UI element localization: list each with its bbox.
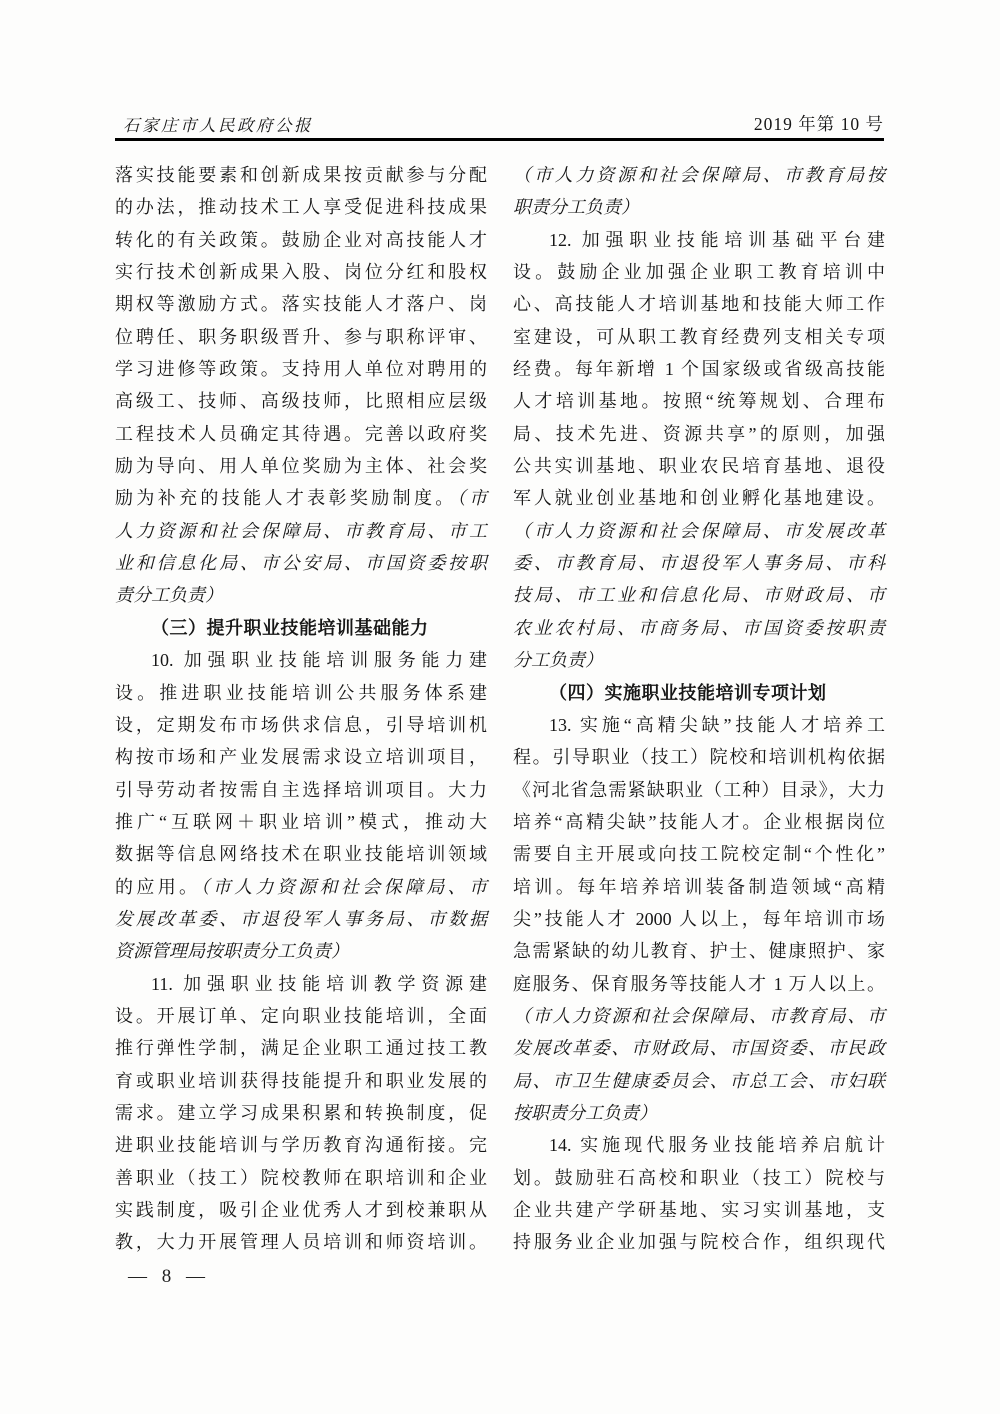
text-line: 进职业技能培训与学历教育沟通衔接。完 bbox=[115, 1129, 487, 1161]
text-segment: 育或职业培训获得技能提升和职业发展的 bbox=[115, 1071, 487, 1091]
text-line: 需求。建立学习成果积累和转换制度，促 bbox=[115, 1097, 487, 1129]
text-segment: 工程技术人员确定其待遇。完善以政府奖 bbox=[115, 424, 487, 444]
text-line: 构按市场和产业发展需求设立培训项目， bbox=[115, 741, 487, 773]
text-segment: 心、高技能人才培训基地和技能大师工作 bbox=[513, 294, 885, 314]
page-number: — 8 — bbox=[128, 1261, 205, 1293]
text-line: 善职业（技工）院校教师在职培训和企业 bbox=[115, 1162, 487, 1194]
text-line: 业和信息化局、市公安局、市国资委按职 bbox=[115, 547, 487, 579]
text-segment: 14. 实施现代服务业技能培养启航计 bbox=[549, 1135, 885, 1155]
text-segment: 11. 加强职业技能培训教学资源建 bbox=[151, 974, 487, 994]
text-segment: 急需紧缺的幼儿教育、护士、健康照护、家 bbox=[513, 941, 885, 961]
text-line: （市人力资源和社会保障局、市教育局、市 bbox=[513, 1000, 885, 1032]
text-line: 持服务业企业加强与院校合作，组织现代 bbox=[513, 1226, 885, 1258]
text-segment: 落实技能要素和创新成果按贡献参与分配 bbox=[115, 165, 487, 185]
text-segment: 业和信息化局、市公安局、市国资委按职 bbox=[115, 553, 487, 573]
text-segment: 构按市场和产业发展需求设立培训项目， bbox=[115, 747, 487, 767]
text-line: 公共实训基地、职业农民培育基地、退役 bbox=[513, 450, 885, 482]
text-segment: 局、市卫生健康委员会、市总工会、市妇联 bbox=[513, 1071, 885, 1091]
text-segment: 持服务业企业加强与院校合作，组织现代 bbox=[513, 1232, 885, 1252]
text-segment: 需要自主开展或向技工院校定制“个性化” bbox=[513, 844, 885, 864]
text-line: 教，大力开展管理人员培训和师资培训。 bbox=[115, 1226, 487, 1258]
page-header: 石家庄市人民政府公报 2019 年第 10 号 bbox=[115, 110, 884, 136]
text-segment: 位聘任、职务职级晋升、参与职称评审、 bbox=[115, 327, 487, 347]
text-segment: 数据等信息网络技术在职业技能培训领域 bbox=[115, 844, 487, 864]
text-segment: 的办法，推动技术工人享受促进科技成果 bbox=[115, 197, 487, 217]
text-segment: （市人力资源和社会保障局、市教育局、市 bbox=[513, 1006, 885, 1026]
text-segment: 设。鼓励企业加强企业职工教育培训中 bbox=[513, 262, 885, 282]
text-segment: 培养“高精尖缺”技能人才。企业根据岗位 bbox=[513, 812, 885, 832]
text-segment: 责分工负责） bbox=[115, 585, 223, 605]
text-line: 程。引导职业（技工）院校和培训机构依据 bbox=[513, 741, 885, 773]
text-line: 14. 实施现代服务业技能培养启航计 bbox=[513, 1129, 885, 1161]
text-line: 数据等信息网络技术在职业技能培训领域 bbox=[115, 838, 487, 870]
text-segment: 经费。每年新增 1 个国家级或省级高技能 bbox=[513, 359, 885, 379]
text-segment: 按职责分工负责） bbox=[513, 1103, 657, 1123]
text-line: 尖”技能人才 2000 人以上，每年培训市场 bbox=[513, 903, 885, 935]
text-line: 13. 实施“高精尖缺”技能人才培养工 bbox=[513, 709, 885, 741]
text-line: 培训。每年培养培训装备制造领域“高精 bbox=[513, 871, 885, 903]
text-segment: 农业农村局、市商务局、市国资委按职责 bbox=[513, 618, 885, 638]
text-line: （市人力资源和社会保障局、市教育局按 bbox=[513, 159, 885, 191]
text-segment: 励为导向、用人单位奖励为主体、社会奖 bbox=[115, 456, 487, 476]
text-segment: 技局、市工业和信息化局、市财政局、市 bbox=[513, 585, 885, 605]
text-line: 转化的有关政策。鼓励企业对高技能人才 bbox=[115, 224, 487, 256]
text-line: 设，定期发布市场供求信息，引导培训机 bbox=[115, 709, 487, 741]
text-line: 实行技术创新成果入股、岗位分红和股权 bbox=[115, 256, 487, 288]
text-segment: 分工负责） bbox=[513, 650, 603, 670]
text-segment: 尖”技能人才 2000 人以上，每年培训市场 bbox=[513, 909, 885, 929]
text-segment: 资源管理局按职责分工负责） bbox=[115, 941, 349, 961]
text-segment: 职责分工负责） bbox=[513, 197, 639, 217]
text-line: 学习进修等政策。支持用人单位对聘用的 bbox=[115, 353, 487, 385]
text-line: 高级工、技师、高级技师，比照相应层级 bbox=[115, 385, 487, 417]
text-line: 职责分工负责） bbox=[513, 191, 885, 223]
text-segment: 学习进修等政策。支持用人单位对聘用的 bbox=[115, 359, 487, 379]
text-segment: （市人力资源和社会保障局、市发展改革 bbox=[513, 521, 885, 541]
text-line: 设。开展订单、定向职业技能培训，全面 bbox=[115, 1000, 487, 1032]
text-line: 心、高技能人才培训基地和技能大师工作 bbox=[513, 288, 885, 320]
text-line: 发展改革委、市退役军人事务局、市数据 bbox=[115, 903, 487, 935]
text-line: （市人力资源和社会保障局、市发展改革 bbox=[513, 515, 885, 547]
text-line: 按职责分工负责） bbox=[513, 1097, 885, 1129]
text-segment: 公共实训基地、职业农民培育基地、退役 bbox=[513, 456, 885, 476]
text-segment: 企业共建产学研基地、实习实训基地，支 bbox=[513, 1200, 885, 1220]
text-line: 技局、市工业和信息化局、市财政局、市 bbox=[513, 579, 885, 611]
text-segment: 室建设，可从职工教育经费列支相关专项 bbox=[513, 327, 885, 347]
text-line: 励为补充的技能人才表彰奖励制度。（市 bbox=[115, 482, 487, 514]
text-line: 11. 加强职业技能培训教学资源建 bbox=[115, 968, 487, 1000]
gazette-page: 石家庄市人民政府公报 2019 年第 10 号 落实技能要素和创新成果按贡献参与… bbox=[0, 0, 1000, 1414]
text-line: 10. 加强职业技能培训服务能力建 bbox=[115, 644, 487, 676]
text-segment: （市人力资源和社会保障局、市教育局按 bbox=[513, 165, 885, 185]
text-line: 工程技术人员确定其待遇。完善以政府奖 bbox=[115, 418, 487, 450]
text-line: 划。鼓励驻石高校和职业（技工）院校与 bbox=[513, 1162, 885, 1194]
text-segment: 12. 加强职业技能培训基础平台建 bbox=[549, 230, 885, 250]
text-line: 设。鼓励企业加强企业职工教育培训中 bbox=[513, 256, 885, 288]
text-segment: 培训。每年培养培训装备制造领域“高精 bbox=[513, 877, 885, 897]
text-segment: 教，大力开展管理人员培训和师资培训。 bbox=[115, 1232, 487, 1252]
text-line: 责分工负责） bbox=[115, 579, 487, 611]
text-line: 军人就业创业基地和创业孵化基地建设。 bbox=[513, 482, 885, 514]
text-segment: 推广“互联网＋职业培训”模式，推动大 bbox=[115, 812, 487, 832]
text-segment: 高级工、技师、高级技师，比照相应层级 bbox=[115, 391, 487, 411]
text-segment: 推行弹性学制，满足企业职工通过技工教 bbox=[115, 1038, 487, 1058]
text-line: 位聘任、职务职级晋升、参与职称评审、 bbox=[115, 321, 487, 353]
text-line: 落实技能要素和创新成果按贡献参与分配 bbox=[115, 159, 487, 191]
text-line: 急需紧缺的幼儿教育、护士、健康照护、家 bbox=[513, 935, 885, 967]
text-segment: 引导劳动者按需自主选择培训项目。大力 bbox=[115, 780, 487, 800]
text-line: 局、技术先进、资源共享”的原则，加强 bbox=[513, 418, 885, 450]
text-line: 设。推进职业技能培训公共服务体系建 bbox=[115, 677, 487, 709]
text-line: 经费。每年新增 1 个国家级或省级高技能 bbox=[513, 353, 885, 385]
text-line: 《河北省急需紧缺职业（工种）目录》，大力 bbox=[513, 774, 885, 806]
text-segment: （三）提升职业技能培训基础能力 bbox=[151, 618, 429, 638]
publication-title: 石家庄市人民政府公报 bbox=[115, 112, 313, 136]
text-segment: 发展改革委、市退役军人事务局、市数据 bbox=[115, 909, 487, 929]
text-segment: 需求。建立学习成果积累和转换制度，促 bbox=[115, 1103, 487, 1123]
text-line: 农业农村局、市商务局、市国资委按职责 bbox=[513, 612, 885, 644]
text-segment: 设，定期发布市场供求信息，引导培训机 bbox=[115, 715, 487, 735]
text-segment: 人才培训基地。按照“统筹规划、合理布 bbox=[513, 391, 885, 411]
text-segment: 转化的有关政策。鼓励企业对高技能人才 bbox=[115, 230, 487, 250]
text-line: 庭服务、保育服务等技能人才 1 万人以上。 bbox=[513, 968, 885, 1000]
text-line: 发展改革委、市财政局、市国资委、市民政 bbox=[513, 1032, 885, 1064]
text-line: 局、市卫生健康委员会、市总工会、市妇联 bbox=[513, 1065, 885, 1097]
text-segment: 划。鼓励驻石高校和职业（技工）院校与 bbox=[513, 1168, 885, 1188]
text-line: 需要自主开展或向技工院校定制“个性化” bbox=[513, 838, 885, 870]
text-line: 实践制度，吸引企业优秀人才到校兼职从 bbox=[115, 1194, 487, 1226]
text-line: 分工负责） bbox=[513, 644, 885, 676]
text-line: 推广“互联网＋职业培训”模式，推动大 bbox=[115, 806, 487, 838]
text-line: 室建设，可从职工教育经费列支相关专项 bbox=[513, 321, 885, 353]
text-segment: 进职业技能培训与学历教育沟通衔接。完 bbox=[115, 1135, 487, 1155]
text-segment: 局、技术先进、资源共享”的原则，加强 bbox=[513, 424, 885, 444]
text-segment: 军人就业创业基地和创业孵化基地建设。 bbox=[513, 488, 885, 508]
text-segment: 10. 加强职业技能培训服务能力建 bbox=[151, 650, 487, 670]
text-line: 的应用。（市人力资源和社会保障局、市 bbox=[115, 871, 487, 903]
text-line: （四）实施职业技能培训专项计划 bbox=[513, 677, 885, 709]
text-line: 人力资源和社会保障局、市教育局、市工 bbox=[115, 515, 487, 547]
text-segment: 设。推进职业技能培训公共服务体系建 bbox=[115, 683, 487, 703]
text-segment: 的应用。 bbox=[115, 877, 200, 897]
text-line: 引导劳动者按需自主选择培训项目。大力 bbox=[115, 774, 487, 806]
text-line: （三）提升职业技能培训基础能力 bbox=[115, 612, 487, 644]
text-segment: 设。开展订单、定向职业技能培训，全面 bbox=[115, 1006, 487, 1026]
text-line: 期权等激励方式。落实技能人才落户、岗 bbox=[115, 288, 487, 320]
text-segment: 发展改革委、市财政局、市国资委、市民政 bbox=[513, 1038, 885, 1058]
left-text-column: 落实技能要素和创新成果按贡献参与分配的办法，推动技术工人享受促进科技成果转化的有… bbox=[115, 159, 487, 1259]
text-line: 人才培训基地。按照“统筹规划、合理布 bbox=[513, 385, 885, 417]
text-segment: 善职业（技工）院校教师在职培训和企业 bbox=[115, 1168, 487, 1188]
text-segment: （市 bbox=[457, 488, 487, 508]
text-line: 12. 加强职业技能培训基础平台建 bbox=[513, 224, 885, 256]
issue-number: 2019 年第 10 号 bbox=[754, 111, 884, 136]
text-segment: 程。引导职业（技工）院校和培训机构依据 bbox=[513, 747, 885, 767]
text-segment: 委、市教育局、市退役军人事务局、市科 bbox=[513, 553, 885, 573]
text-line: 资源管理局按职责分工负责） bbox=[115, 935, 487, 967]
text-segment: 实践制度，吸引企业优秀人才到校兼职从 bbox=[115, 1200, 487, 1220]
text-line: 励为导向、用人单位奖励为主体、社会奖 bbox=[115, 450, 487, 482]
text-line: 推行弹性学制，满足企业职工通过技工教 bbox=[115, 1032, 487, 1064]
header-divider-rule bbox=[115, 138, 884, 141]
text-segment: 庭服务、保育服务等技能人才 1 万人以上。 bbox=[513, 974, 885, 994]
text-segment: 人力资源和社会保障局、市教育局、市工 bbox=[115, 521, 487, 541]
text-line: 委、市教育局、市退役军人事务局、市科 bbox=[513, 547, 885, 579]
text-segment: 励为补充的技能人才表彰奖励制度。 bbox=[115, 488, 457, 508]
text-line: 的办法，推动技术工人享受促进科技成果 bbox=[115, 191, 487, 223]
right-text-column: （市人力资源和社会保障局、市教育局按职责分工负责）12. 加强职业技能培训基础平… bbox=[513, 159, 885, 1259]
text-segment: （四）实施职业技能培训专项计划 bbox=[549, 683, 827, 703]
text-line: 培养“高精尖缺”技能人才。企业根据岗位 bbox=[513, 806, 885, 838]
text-segment: 13. 实施“高精尖缺”技能人才培养工 bbox=[549, 715, 885, 735]
text-segment: 期权等激励方式。落实技能人才落户、岗 bbox=[115, 294, 487, 314]
text-segment: 实行技术创新成果入股、岗位分红和股权 bbox=[115, 262, 487, 282]
text-segment: （市人力资源和社会保障局、市 bbox=[200, 877, 487, 897]
text-line: 育或职业培训获得技能提升和职业发展的 bbox=[115, 1065, 487, 1097]
text-segment: 《河北省急需紧缺职业（工种）目录》，大力 bbox=[513, 780, 885, 800]
text-line: 企业共建产学研基地、实习实训基地，支 bbox=[513, 1194, 885, 1226]
